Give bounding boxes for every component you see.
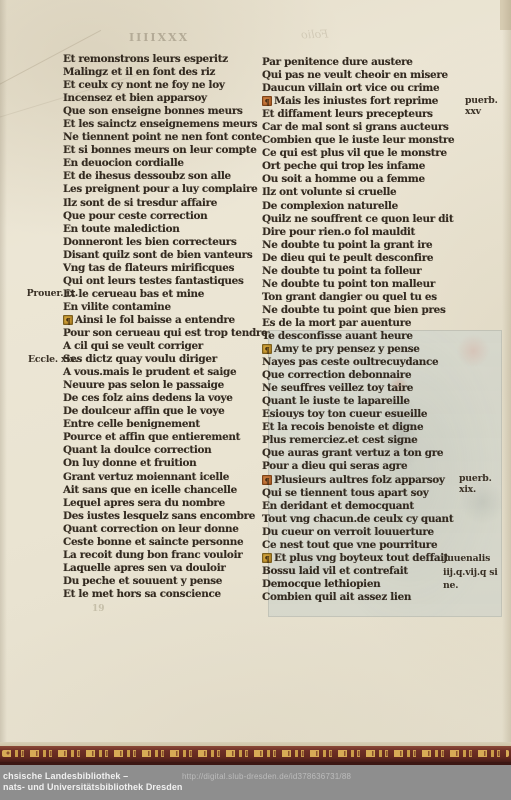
verse-text: Nayes pas ceste oultrecuydance: [262, 356, 438, 368]
manuscript-scan-viewer: IIIIXXX Folio Et remonstrons leurs esper…: [0, 0, 511, 800]
verse-line: Et diffament leurs precepteurs: [262, 108, 454, 121]
verse-line: Ne doubte tu point ton malleur: [262, 278, 454, 291]
verse-line: Qui ont leurs testes fantastiques: [63, 275, 267, 288]
verse-text: Et le met hors sa conscience: [63, 588, 221, 600]
verse-line: Ou soit a homme ou a femme: [262, 173, 454, 186]
verse-text: Grant vertuz moiennant icelle: [63, 471, 229, 483]
verse-line: Des iustes lesquelz sans encombre: [63, 510, 267, 523]
verse-text: Donneront les bien correcteurs: [63, 236, 237, 248]
verse-line: Vng tas de flateurs mirificques: [63, 262, 267, 275]
verse-line: Et le met hors sa conscience: [63, 588, 267, 601]
verse-line: Du peche et souuent y pense: [63, 575, 267, 588]
verse-text: Qui pas ne veult cheoir en misere: [262, 69, 448, 81]
watermark-footer: chsische Landesbibliothek – nats- und Un…: [0, 765, 511, 800]
verse-text: Ne doubte tu point ton malleur: [262, 278, 435, 290]
verse-text: Et si bonnes meurs on leur compte: [63, 144, 257, 156]
verse-text: Mais les iniustes fort reprime: [274, 95, 438, 107]
verse-line: Plus remerciez.et cest signe: [262, 434, 454, 447]
verse-text: Pour son cerueau qui est trop tendre: [63, 327, 267, 339]
verse-text: Car de mal sont si grans aucteurs: [262, 121, 449, 133]
margin-citation-proverbs-ix: Prouer. ix.: [16, 288, 78, 299]
verse-line: Ne tiennent point ne nen font conte: [63, 131, 267, 144]
verse-text: Et diffament leurs precepteurs: [262, 108, 433, 120]
verse-text: Te desconfisse auant heure: [262, 330, 413, 342]
verse-text: Bossu laid vil et contrefait: [262, 565, 408, 577]
verse-line: Qui pas ne veult cheoir en misere: [262, 69, 454, 82]
verse-line: Esiouys toy ton cueur esueille: [262, 408, 454, 421]
verse-text: Que correction debonnaire: [262, 369, 411, 381]
verse-line: Grant vertuz moiennant icelle: [63, 471, 267, 484]
verse-line: Quant le iuste te lapareille: [262, 395, 454, 408]
verse-text: Ne doubte tu point que bien pres: [262, 304, 446, 316]
verse-text: Que auras grant vertuz a ton gre: [262, 447, 443, 459]
verse-line: En toute malediction: [63, 223, 267, 236]
library-attribution: chsische Landesbibliothek – nats- und Un…: [3, 771, 183, 793]
verse-line: En deridant et democquant: [262, 500, 454, 513]
verse-text: Qui ont leurs testes fantastiques: [63, 275, 244, 287]
gilded-binding-strip: [0, 746, 511, 762]
verse-text: Amy te pry pensez y pense: [274, 343, 420, 355]
verse-text: Pour a dieu qui seras agre: [262, 460, 407, 472]
verse-line: Ne doubte tu point que bien pres: [262, 304, 454, 317]
verse-text: En vilite contamine: [63, 301, 171, 313]
verse-text: Par penitence dure austere: [262, 56, 413, 68]
verse-line: Te desconfisse auant heure: [262, 330, 454, 343]
decorated-initial: ¶: [262, 475, 272, 485]
verse-text: Laquelle apres sen va douloir: [63, 562, 226, 574]
verse-line: Et remonstrons leurs esperitz: [63, 53, 267, 66]
verse-text: Quant le iuste te lapareille: [262, 395, 410, 407]
verse-line: Et les sainctz enseignemens meurs: [63, 118, 267, 131]
verse-line: Et ceulx cy nont ne foy ne loy: [63, 79, 267, 92]
verse-line: Combien que le iuste leur monstre: [262, 134, 454, 147]
verse-text: Ne doubte tu point ta folleur: [262, 265, 421, 277]
verse-text: Et plus vng boyteux tout deffait: [274, 552, 448, 564]
verse-text: Democque lethiopien: [262, 578, 380, 590]
verse-line: En vilite contamine: [63, 301, 267, 314]
verse-text: Ne doubte tu point la grant ire: [262, 239, 432, 251]
verse-line: ¶Plusieurs aultres folz apparsoy: [262, 474, 454, 487]
folio-ghost-showthrough: Folio: [301, 28, 329, 42]
margin-citation-ecclesiasticus-xix: Eccle. xix.: [14, 354, 78, 365]
verse-text: Ses dictz quay voulu diriger: [63, 353, 217, 365]
verse-line: Nayes pas ceste oultrecuydance: [262, 356, 454, 369]
verse-text: Et ceulx cy nont ne foy ne loy: [63, 79, 225, 91]
decorated-initial: ¶: [63, 315, 73, 325]
verse-text: Quilz ne souffrent ce quon leur dit: [262, 213, 453, 225]
verse-text: Ton grant dangier ou quel tu es: [262, 291, 437, 303]
gold-tooling-dots: [2, 751, 509, 756]
verse-line: Et la recois benoiste et digne: [262, 421, 454, 434]
verse-text: Ort peche qui trop les infame: [262, 160, 425, 172]
verse-text: Lequel apres sera du nombre: [63, 497, 225, 509]
verse-line: La recoit dung bon franc vouloir: [63, 549, 267, 562]
verse-text: Ainsi le fol baisse a entendre: [75, 314, 235, 326]
verse-line: De doulceur affin que le voye: [63, 405, 267, 418]
verse-line: Ne doubte tu point la grant ire: [262, 239, 454, 252]
verse-line: Entre celle benignement: [63, 418, 267, 431]
verse-text: Ou soit a homme ou a femme: [262, 173, 425, 185]
parchment-page: IIIIXXX Folio Et remonstrons leurs esper…: [0, 0, 511, 745]
page-right-edge-shadow: [502, 0, 511, 745]
verse-text: De complexion naturelle: [262, 200, 398, 212]
verse-line: Combien quil ait assez lien: [262, 591, 454, 604]
verse-text: Daucun villain ort vice ou crime: [262, 82, 439, 94]
verse-text: Neuure pas selon le passaige: [63, 379, 224, 391]
verse-text: Dire pour rien.o fol mauldit: [262, 226, 415, 238]
verse-line: Du cueur on verroit louuerture: [262, 526, 454, 539]
verse-line: Daucun villain ort vice ou crime: [262, 82, 454, 95]
signature-mark: 19: [92, 604, 105, 614]
verse-text: De ces folz ains dedens la voye: [63, 392, 233, 404]
verse-text: Incensez et bien apparsoy: [63, 92, 207, 104]
verse-text: En deuocion cordialle: [63, 157, 184, 169]
margin-citation-juvenal: Juuenalis iij.q.vij.q si ne.: [443, 552, 498, 593]
verse-text: Disant quilz sont de bien vanteurs: [63, 249, 252, 261]
verse-line: Ilz ont volunte si cruelle: [262, 186, 454, 199]
verse-text: Es de la mort par auenture: [262, 317, 411, 329]
verse-line: Pour a dieu qui seras agre: [262, 460, 454, 473]
verse-line: A vous.mais le prudent et saige: [63, 366, 267, 379]
verse-text: Plus remerciez.et cest signe: [262, 434, 417, 446]
verse-text: La recoit dung bon franc vouloir: [63, 549, 242, 561]
verse-line: En deuocion cordialle: [63, 157, 267, 170]
verse-line: Ne doubte tu point ta folleur: [262, 265, 454, 278]
verse-text: De doulceur affin que le voye: [63, 405, 224, 417]
verse-line: Que pour ceste correction: [63, 210, 267, 223]
decorated-initial: ¶: [262, 553, 272, 563]
verse-column-left: Et remonstrons leurs esperitz Malingz et…: [63, 53, 267, 601]
verse-text: Combien quil ait assez lien: [262, 591, 411, 603]
verse-line: Qui se tiennent tous apart soy: [262, 487, 454, 500]
verse-text: Et de ihesus dessoubz son alle: [63, 170, 231, 182]
verse-line: Ses dictz quay voulu diriger: [63, 353, 267, 366]
verse-text: A vous.mais le prudent et saige: [63, 366, 236, 378]
verse-text: Du peche et souuent y pense: [63, 575, 222, 587]
verse-text: Ne tiennent point ne nen font conte: [63, 131, 262, 143]
verse-line: ¶Amy te pry pensez y pense: [262, 343, 454, 356]
verse-text: Et la recois benoiste et digne: [262, 421, 423, 433]
verse-line: Disant quilz sont de bien vanteurs: [63, 249, 267, 262]
verse-line: On luy donne et fruition: [63, 457, 267, 470]
verse-text: Que son enseigne bonnes meurs: [63, 105, 243, 117]
verse-line: ¶Mais les iniustes fort reprime: [262, 95, 454, 108]
verse-text: De dieu qui te peult desconfire: [262, 252, 433, 264]
verse-text: Malingz et il en font des riz: [63, 66, 215, 78]
verse-line: Dire pour rien.o fol mauldit: [262, 226, 454, 239]
verse-text: Que pour ceste correction: [63, 210, 207, 222]
verse-line: Ceste bonne et saincte personne: [63, 536, 267, 549]
verse-line: Que son enseigne bonnes meurs: [63, 105, 267, 118]
verse-text: Esiouys toy ton cueur esueille: [262, 408, 427, 420]
verse-text: Plusieurs aultres folz apparsoy: [274, 474, 445, 486]
verse-text: Quant la doulce correction: [63, 444, 211, 456]
verse-line: Incensez et bien apparsoy: [63, 92, 267, 105]
verse-line: Es de la mort par auenture: [262, 317, 454, 330]
verse-text: A cil qui se veult corriger: [63, 340, 203, 352]
verse-text: Des iustes lesquelz sans encombre: [63, 510, 255, 522]
verse-line: Malingz et il en font des riz: [63, 66, 267, 79]
verse-line: ¶Ainsi le fol baisse a entendre: [63, 314, 267, 327]
verse-text: En deridant et democquant: [262, 500, 414, 512]
verse-text: Ilz sont de si tresdur affaire: [63, 197, 217, 209]
verse-text: Et les sainctz enseignemens meurs: [63, 118, 257, 130]
verse-text: Les preignent pour a luy complaire: [63, 183, 257, 195]
verse-line: Que correction debonnaire: [262, 369, 454, 382]
verse-text: Tout vng chacun.de ceulx cy quant: [262, 513, 453, 525]
verse-text: Et le cerueau bas et mine: [63, 288, 204, 300]
page-left-edge-shadow: [0, 0, 7, 745]
verse-text: Combien que le iuste leur monstre: [262, 134, 454, 146]
verse-line: De complexion naturelle: [262, 200, 454, 213]
verse-line: Ce nest tout que vne pourriture: [262, 539, 454, 552]
verse-text: Pource et affin que entierement: [63, 431, 240, 443]
verse-column-right: Par penitence dure austere Qui pas ne ve…: [262, 56, 454, 604]
verse-line: Par penitence dure austere: [262, 56, 454, 69]
decorated-initial: ¶: [262, 96, 272, 106]
verse-line: Ort peche qui trop les infame: [262, 160, 454, 173]
verse-line: Ton grant dangier ou quel tu es: [262, 291, 454, 304]
verse-line: Ce qui est plus vil que le monstre: [262, 147, 454, 160]
verse-line: Bossu laid vil et contrefait: [262, 565, 454, 578]
verse-line: Neuure pas selon le passaige: [63, 379, 267, 392]
verse-line: Ait sans que en icelle chancelle: [63, 484, 267, 497]
verse-line: Tout vng chacun.de ceulx cy quant: [262, 513, 454, 526]
verse-line: Democque lethiopien: [262, 578, 454, 591]
verse-text: Du cueur on verroit louuerture: [262, 526, 434, 538]
verse-text: Et remonstrons leurs esperitz: [63, 53, 228, 65]
verse-text: Vng tas de flateurs mirificques: [63, 262, 234, 274]
verse-line: Car de mal sont si grans aucteurs: [262, 121, 454, 134]
verse-text: On luy donne et fruition: [63, 457, 196, 469]
verse-line: Pource et affin que entierement: [63, 431, 267, 444]
verse-line: Que auras grant vertuz a ton gre: [262, 447, 454, 460]
verse-line: Ilz sont de si tresdur affaire: [63, 197, 267, 210]
verse-text: Entre celle benignement: [63, 418, 200, 430]
verse-text: Ceste bonne et saincte personne: [63, 536, 243, 548]
folio-number: IIIIXXX: [129, 31, 189, 44]
decorated-initial: ¶: [262, 344, 272, 354]
verse-line: Et si bonnes meurs on leur compte: [63, 144, 267, 157]
verse-line: Quant correction on leur donne: [63, 523, 267, 536]
verse-line: Laquelle apres sen va douloir: [63, 562, 267, 575]
source-url: http://digital.slub-dresden.de/id3786367…: [182, 772, 351, 781]
verse-line: De dieu qui te peult desconfire: [262, 252, 454, 265]
verse-line: De ces folz ains dedens la voye: [63, 392, 267, 405]
verse-line: Et de ihesus dessoubz son alle: [63, 170, 267, 183]
verse-line: Et le cerueau bas et mine: [63, 288, 267, 301]
verse-line: Ne seuffres veillez toy taire: [262, 382, 454, 395]
verse-text: Ait sans que en icelle chancelle: [63, 484, 237, 496]
verse-text: Ce nest tout que vne pourriture: [262, 539, 437, 551]
verse-line: Lequel apres sera du nombre: [63, 497, 267, 510]
verse-line: Pour son cerueau qui est trop tendre: [63, 327, 267, 340]
verse-text: Ce qui est plus vil que le monstre: [262, 147, 447, 159]
verse-text: Quant correction on leur donne: [63, 523, 239, 535]
verse-text: Ne seuffres veillez toy taire: [262, 382, 413, 394]
verse-line: A cil qui se veult corriger: [63, 340, 267, 353]
verse-text: Qui se tiennent tous apart soy: [262, 487, 429, 499]
verse-text: Ilz ont volunte si cruelle: [262, 186, 396, 198]
verse-text: En toute malediction: [63, 223, 179, 235]
verse-line: Quilz ne souffrent ce quon leur dit: [262, 213, 454, 226]
verse-line: Donneront les bien correcteurs: [63, 236, 267, 249]
verse-line: Quant la doulce correction: [63, 444, 267, 457]
verse-line: Les preignent pour a luy complaire: [63, 183, 267, 196]
verse-line: ¶Et plus vng boyteux tout deffait: [262, 552, 454, 565]
